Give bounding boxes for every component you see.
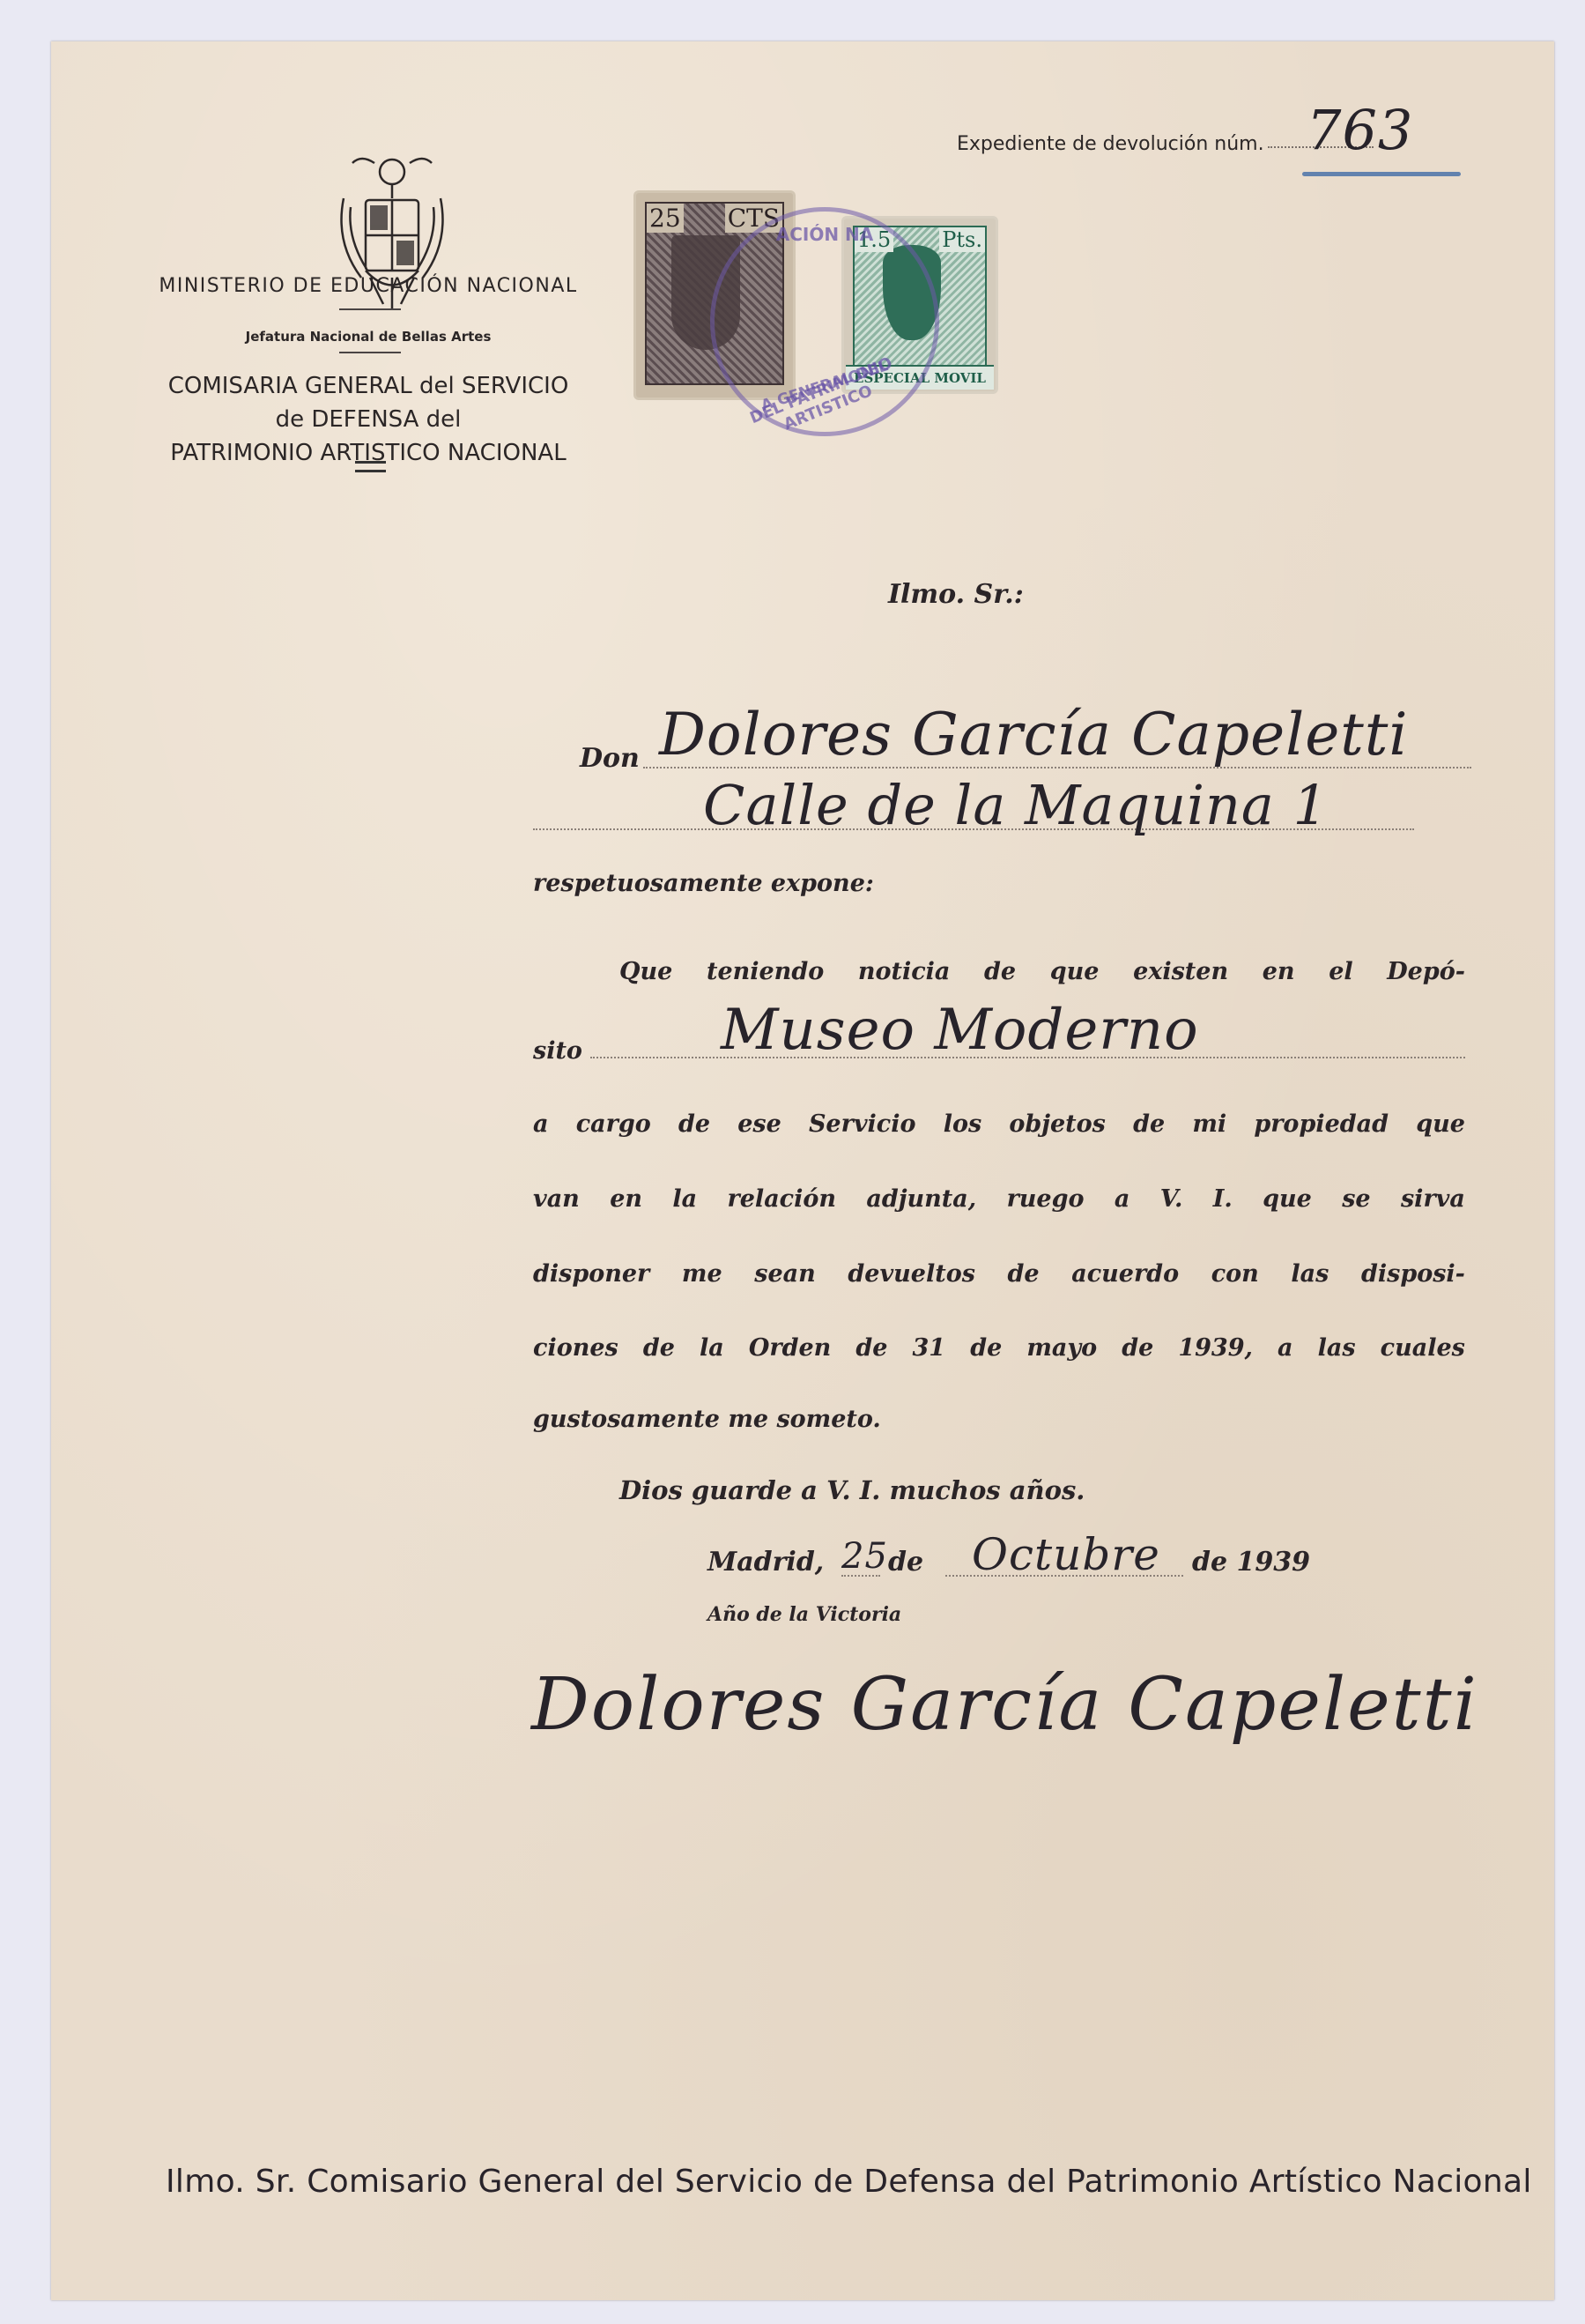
word: sirva <box>1401 1185 1465 1213</box>
word: a <box>533 1110 549 1138</box>
word: de <box>1008 1260 1040 1288</box>
date-day-handwritten: 25 <box>841 1536 888 1577</box>
letterhead-divider <box>339 308 401 310</box>
commission-line-1: COMISARIA GENERAL del SERVICIO <box>104 369 633 403</box>
date-place: Madrid, <box>707 1547 824 1578</box>
word: las <box>1318 1334 1356 1362</box>
letterhead-double-rule <box>355 461 386 472</box>
deposit-value-handwritten: Museo Moderno <box>721 998 1199 1063</box>
word: adjunta, <box>866 1185 976 1213</box>
body-line-3: a cargo de ese Servicio los objetos de m… <box>533 1110 1465 1138</box>
word: de <box>970 1334 1002 1362</box>
deposit-label: sito <box>533 1037 582 1065</box>
word: Servicio <box>809 1110 916 1138</box>
word: el <box>1329 958 1352 985</box>
word: las <box>1291 1260 1329 1288</box>
word: mi <box>1192 1110 1226 1138</box>
word: que <box>1263 1185 1312 1213</box>
word: en <box>1263 958 1295 985</box>
date-month-handwritten: Octubre <box>972 1529 1160 1580</box>
applicant-name-handwritten: Dolores García Capeletti <box>659 701 1408 768</box>
footer-addressee: Ilmo. Sr. Comisario General del Servicio… <box>166 2164 1532 2200</box>
word: 31 <box>913 1334 946 1362</box>
word: a <box>1115 1185 1130 1213</box>
word: se <box>1342 1185 1370 1213</box>
date-year: de 1939 <box>1192 1547 1310 1578</box>
word: cargo <box>576 1110 651 1138</box>
word: ese <box>737 1110 781 1138</box>
letterhead-divider <box>339 352 401 353</box>
word: la <box>672 1185 697 1213</box>
word: que <box>1416 1110 1465 1138</box>
postmark-bottom-text-2: DEL PATRIMONIO ARTISTICO <box>715 341 934 458</box>
file-reference-underline <box>1302 172 1461 176</box>
date-line: Madrid, 25 de Octubre de 1939 <box>707 1540 1474 1584</box>
word: acuerdo <box>1071 1260 1179 1288</box>
applicant-address-handwritten: Calle de la Maquina 1 <box>703 773 1329 837</box>
word: ciones <box>533 1334 618 1362</box>
word: objetos <box>1009 1110 1106 1138</box>
word: cuales <box>1381 1334 1465 1362</box>
document-page: MINISTERIO DE EDUCACIÓN NACIONAL Jefatur… <box>51 41 1554 2300</box>
signature-handwritten: Dolores García Capeletti <box>531 1663 1478 1747</box>
expone-line: respetuosamente expone: <box>533 870 874 897</box>
letterhead-department: Jefatura Nacional de Bellas Artes <box>104 329 633 345</box>
word: Depó- <box>1387 958 1465 985</box>
stamp-unit: Pts. <box>939 227 985 252</box>
word: 1939, <box>1178 1334 1253 1362</box>
word: de <box>643 1334 675 1362</box>
commission-line-2: de DEFENSA del <box>104 403 633 436</box>
word: sean <box>754 1260 816 1288</box>
postmark-top-text: ACIÓN NA <box>715 224 935 245</box>
word: relación <box>728 1185 837 1213</box>
word: Orden <box>749 1334 831 1362</box>
word: devueltos <box>848 1260 975 1288</box>
word: van <box>533 1185 580 1213</box>
letterhead-commission: COMISARIA GENERAL del SERVICIO de DEFENS… <box>104 369 633 470</box>
word: los <box>944 1110 981 1138</box>
stamp-value: 25 <box>647 204 684 233</box>
body-line-5: disponer me sean devueltos de acuerdo co… <box>533 1260 1465 1288</box>
word: de <box>855 1334 887 1362</box>
word: V. <box>1160 1185 1183 1213</box>
word: de <box>678 1110 710 1138</box>
word: la <box>700 1334 724 1362</box>
word: Que <box>619 958 672 985</box>
word: a <box>1278 1334 1293 1362</box>
word: de <box>984 958 1016 985</box>
date-de: de <box>888 1547 923 1578</box>
body-line-6: ciones de la Orden de 31 de mayo de 1939… <box>533 1334 1465 1362</box>
closing-line: Dios guarde a V. I. muchos años. <box>619 1475 1085 1505</box>
word: que <box>1050 958 1100 985</box>
word: me <box>682 1260 722 1288</box>
era-line: Año de la Victoria <box>707 1603 901 1626</box>
file-reference-text: Expediente de devolución núm. <box>957 133 1264 155</box>
file-reference-number: 763 <box>1307 98 1413 162</box>
word: teniendo <box>707 958 824 985</box>
word: de <box>1122 1334 1153 1362</box>
word: con <box>1211 1260 1259 1288</box>
word: disponer <box>533 1260 649 1288</box>
letterhead-ministry: MINISTERIO DE EDUCACIÓN NACIONAL <box>104 275 633 297</box>
word: noticia <box>858 958 951 985</box>
official-postmark-seal: ACIÓN NA A GENERAL DEL DEL PATRIMONIO AR… <box>710 207 939 436</box>
body-line-7: gustosamente me someto. <box>533 1406 881 1433</box>
word: disposi- <box>1361 1260 1465 1288</box>
body-line-1: Que teniendo noticia de que existen en e… <box>619 958 1465 985</box>
salutation: Ilmo. Sr.: <box>888 579 1024 610</box>
word: en <box>610 1185 642 1213</box>
word: propiedad <box>1254 1110 1389 1138</box>
word: ruego <box>1007 1185 1085 1213</box>
word: I. <box>1213 1185 1233 1213</box>
body-line-4: van en la relación adjunta, ruego a V. I… <box>533 1185 1465 1213</box>
word: existen <box>1133 958 1228 985</box>
don-label: Don <box>580 743 640 774</box>
word: de <box>1133 1110 1165 1138</box>
word: mayo <box>1026 1334 1097 1362</box>
